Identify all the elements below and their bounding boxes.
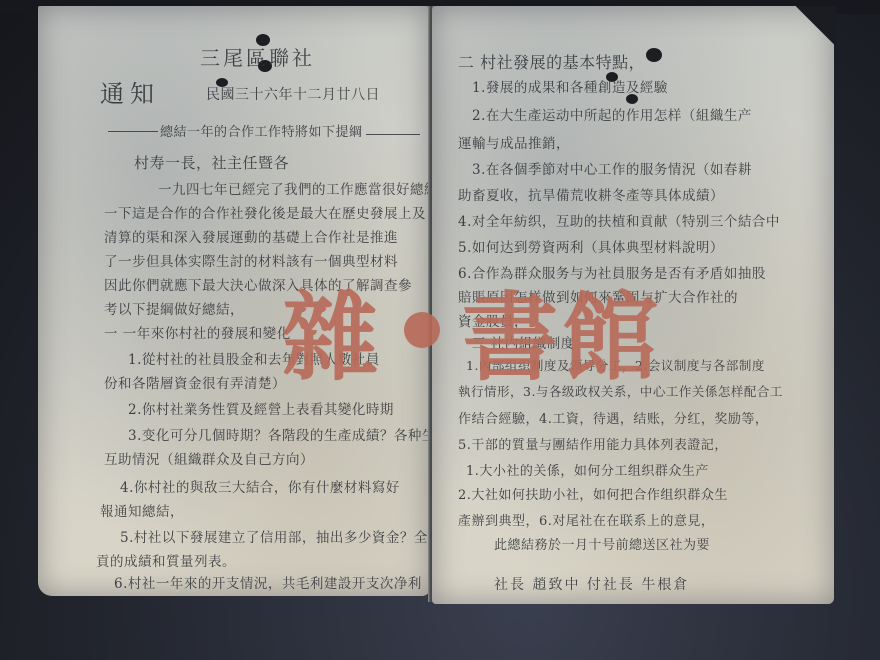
body-line: 2.你村社業务性質及經營上表看其變化時期	[128, 398, 394, 418]
section-heading: 二 村社發展的基本特點，	[458, 50, 645, 73]
body-line: 貢的成績和質量列表。	[96, 550, 236, 570]
body-line: 5.干部的質量与團結作用能力具体列表證記，	[458, 434, 728, 453]
body-line: 運輸与成品推銷，	[458, 132, 570, 152]
notice-title: 通知	[100, 74, 160, 109]
body-line: 2.大社如何扶助小社，如何把合作组织群众生	[458, 484, 728, 503]
body-line: 4.对全年紡织，互助的扶植和貢献（特别三个結合中	[458, 210, 780, 230]
body-line: 4.你村社的與敌三大結合，你有什麼材料寫好	[120, 476, 400, 496]
body-line: 一九四七年已經完了我們的工作應當很好總結	[158, 178, 438, 198]
body-line: 5.村社以下發展建立了信用部，抽出多少資金？全部	[120, 526, 442, 546]
ink-blot	[646, 48, 662, 62]
divider-line	[366, 134, 420, 135]
body-line: 產辦到典型，6.对尾社在在联系上的意見，	[458, 510, 714, 529]
body-line: 互助情況（組織群众及自己方向）	[104, 448, 314, 468]
body-line: 考以下提綱做好總結，	[104, 298, 244, 318]
signature-line: 社長 趙致中 付社長 牛根倉	[494, 574, 689, 594]
body-line: 3.在各個季節对中心工作的服务情況（如春耕	[472, 158, 752, 178]
watermark-logo: 雜 書館	[282, 270, 662, 390]
body-line: 2.在大生產运动中所起的作用怎样（組織生产	[472, 104, 752, 124]
body-line: 助畜夏收，抗旱備荒收耕冬產等具体成績）	[458, 184, 724, 204]
document-subtitle: 總結一年的合作工作特將如下提綱	[160, 121, 363, 140]
body-line: 1.大小社的关係，如何分工组织群众生产	[466, 460, 709, 479]
body-line: 份和各階層資金很有弄清楚）	[104, 372, 286, 392]
section-heading: 一 一年來你村社的發展和變化	[104, 322, 291, 342]
body-line: 報通知總結，	[100, 500, 184, 520]
body-line: 5.如何达到勞資两利（具体典型材料說明）	[458, 236, 724, 256]
divider-line	[108, 131, 158, 132]
addressee-line: 村寿一長，社主任暨各	[134, 152, 289, 173]
body-line: 6.村社一年來的开支情況，共毛利建設开支次净利	[114, 572, 422, 592]
closing-line: 此總結務於一月十号前總送区社为要	[494, 534, 710, 553]
body-line: 一下這是合作的合作社發化後是最大在歷史發展上及	[104, 202, 426, 222]
body-line: 作结合經驗，4.工資，待遇，结账，分红，奖励等，	[458, 408, 768, 427]
body-line: 1.發展的成果和各種創造及經驗	[472, 76, 668, 96]
watermark-dot-icon	[404, 312, 440, 348]
document-header: 三尾區聯社	[200, 42, 315, 71]
watermark-text-left: 雜	[282, 262, 382, 399]
watermark-text-right: 書館	[462, 262, 662, 399]
body-line: 3.变化可分几個時期？各階段的生產成績？各种生产	[128, 424, 450, 444]
document-date: 民國三十六年十二月廿八日	[206, 84, 380, 104]
body-line: 清算的渠和深入發展運動的基礎上合作社是推進	[104, 226, 398, 246]
